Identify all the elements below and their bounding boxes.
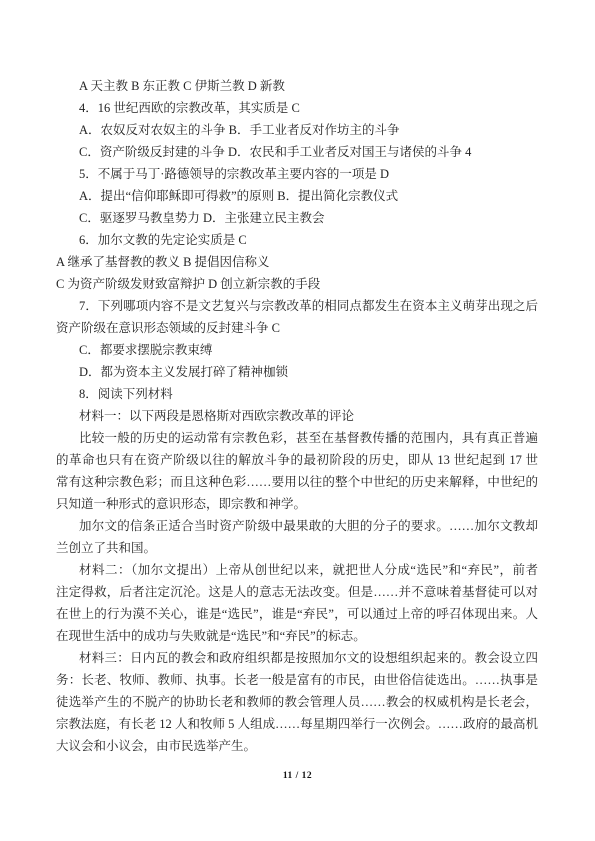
text-line: 6．加尔文教的先定论实质是 C: [56, 229, 538, 251]
text-line: 常有这种宗教色彩；而且这种色彩……要用以往的整个中世纪的历史来解释，中世纪的历史: [56, 471, 538, 493]
text-line: 比较一般的历史的运动常有宗教色彩，甚至在基督教传播的范围内，具有真正普遍意义: [56, 427, 538, 449]
text-line: 宗教法庭，有长老 12 人和牧师 5 人组成……每星期四举行一次例会。……政府的…: [56, 713, 538, 735]
text-line: A．农奴反对农奴主的斗争 B．手工业者反对作坊主的斗争: [56, 119, 538, 141]
text-line: 务：长老、牧师、教师、执事。长老一般是富有的市民，由世俗信徒选出。……执事是由信: [56, 669, 538, 691]
text-line: 加尔文的信条正适合当时资产阶级中最果敢的大胆的分子的要求。……加尔文教却在荷: [56, 515, 538, 537]
text-line: 4．16 世纪西欧的宗教改革，其实质是 C: [56, 97, 538, 119]
page-number: 11 / 12: [0, 771, 595, 781]
text-line: 材料一：以下两段是恩格斯对西欧宗教改革的评论: [56, 405, 538, 427]
text-line: C．资产阶级反封建的斗争 D．农民和手工业者反对国王与诸侯的斗争 4: [56, 141, 538, 163]
text-line: 8．阅读下列材料: [56, 383, 538, 405]
text-line: A 继承了基督教的教义 B 提倡因信称义: [56, 251, 538, 273]
text-line: 7．下列哪项内容不是文艺复兴与宗教改革的相同点都发生在资本主义萌芽出现之后都是: [56, 295, 538, 317]
text-line: A．提出“信仰耶稣即可得救”的原则 B．提出简化宗教仪式: [56, 185, 538, 207]
text-line: 兰创立了共和国。: [56, 537, 538, 559]
text-line: 的革命也只有在资产阶级以往的解放斗争的最初阶段的历史，即从 13 世纪起到 17…: [56, 449, 538, 471]
text-line: 注定得救，后者注定沉沦。这是人的意志无法改变。但是……并不意味着基督徒可以对他们: [56, 581, 538, 603]
text-line: 在现世生活中的成功与失败就是“选民”和“弃民”的标志。: [56, 625, 538, 647]
text-line: 徒选举产生的不脱产的协助长老和教师的教会管理人员……教会的权威机构是长老会，或称: [56, 691, 538, 713]
text-line: 材料二：（加尔文提出）上帝从创世纪以来，就把世人分成“选民”和“弃民”，前者: [56, 559, 538, 581]
text-line: D．都为资本主义发展打碎了精神枷锁: [56, 361, 538, 383]
text-line: 只知道一种形式的意识形态，即宗教和神学。: [56, 493, 538, 515]
text-line: A 天主教 B 东正教 C 伊斯兰教 D 新教: [56, 75, 538, 97]
text-line: C 为资产阶级发财致富辩护 D 创立新宗教的手段: [56, 273, 538, 295]
document-page: A 天主教 B 东正教 C 伊斯兰教 D 新教4．16 世纪西欧的宗教改革，其实…: [0, 0, 595, 841]
text-line: 材料三：日内瓦的教会和政府组织都是按照加尔文的设想组织起来的。教会设立四种职: [56, 647, 538, 669]
text-line: 在世上的行为漠不关心，谁是“选民”，谁是“弃民”，可以通过上帝的呼召体现出来。人: [56, 603, 538, 625]
text-line: 大议会和小议会，由市民选举产生。: [56, 735, 538, 757]
text-line: 资产阶级在意识形态领域的反封建斗争 C: [56, 317, 538, 339]
text-line: 5．不属于马丁·路德领导的宗教改革主要内容的一项是 D: [56, 163, 538, 185]
text-line: C．驱逐罗马教皇势力 D．主张建立民主教会: [56, 207, 538, 229]
text-line: C．都要求摆脱宗教束缚: [56, 339, 538, 361]
document-body: A 天主教 B 东正教 C 伊斯兰教 D 新教4．16 世纪西欧的宗教改革，其实…: [56, 75, 538, 757]
